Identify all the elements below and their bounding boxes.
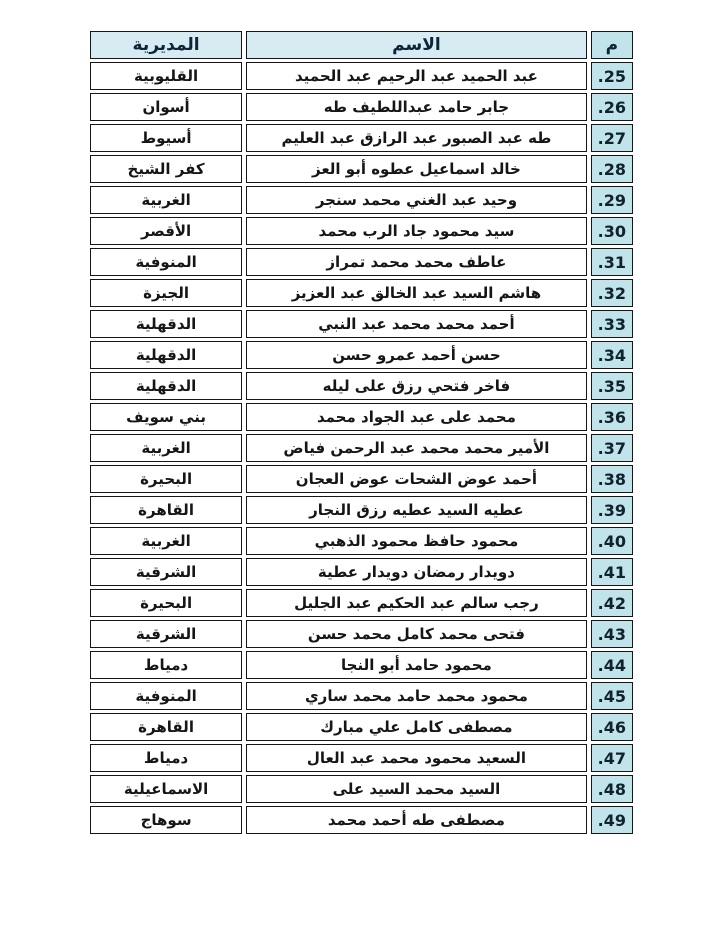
row-name-cell: رجب سالم عبد الحكيم عبد الجليل [246, 589, 587, 617]
row-number-cell: .35 [591, 372, 633, 400]
table-row: .38أحمد عوض الشحات عوض العجانالبحيرة [90, 465, 633, 493]
row-number-cell: .45 [591, 682, 633, 710]
header-directorate: المديرية [90, 31, 242, 59]
table-body: .25عبد الحميد عبد الرحيم عبد الحميدالقلي… [90, 62, 633, 834]
row-directorate-cell: الغربية [90, 527, 242, 555]
row-directorate-cell: الشرقية [90, 620, 242, 648]
row-name-cell: السعيد محمود محمد عبد العال [246, 744, 587, 772]
row-number-cell: .49 [591, 806, 633, 834]
header-name: الاسم [246, 31, 587, 59]
row-name-cell: محمود حافظ محمود الذهبي [246, 527, 587, 555]
row-name-cell: الأمير محمد محمد عبد الرحمن فياض [246, 434, 587, 462]
row-name-cell: خالد اسماعيل عطوه أبو العز [246, 155, 587, 183]
roster-table: م الاسم المديرية .25عبد الحميد عبد الرحي… [86, 28, 637, 837]
row-number-cell: .42 [591, 589, 633, 617]
table-row: .37الأمير محمد محمد عبد الرحمن فياضالغرب… [90, 434, 633, 462]
row-directorate-cell: القليوبية [90, 62, 242, 90]
row-directorate-cell: البحيرة [90, 589, 242, 617]
table-row: .27طه عبد الصبور عبد الرازق عبد العليمأس… [90, 124, 633, 152]
table-row: .35فاخر فتحي رزق على ليلهالدقهلية [90, 372, 633, 400]
row-directorate-cell: القاهرة [90, 713, 242, 741]
row-number-cell: .29 [591, 186, 633, 214]
row-number-cell: .39 [591, 496, 633, 524]
row-directorate-cell: بني سويف [90, 403, 242, 431]
row-name-cell: أحمد محمد محمد عبد النبي [246, 310, 587, 338]
row-name-cell: طه عبد الصبور عبد الرازق عبد العليم [246, 124, 587, 152]
row-directorate-cell: الدقهلية [90, 372, 242, 400]
row-directorate-cell: الغربية [90, 186, 242, 214]
row-directorate-cell: الدقهلية [90, 341, 242, 369]
row-name-cell: هاشم السيد عبد الخالق عبد العزيز [246, 279, 587, 307]
row-directorate-cell: سوهاج [90, 806, 242, 834]
table-row: .39عطيه السيد عطيه رزق النجارالقاهرة [90, 496, 633, 524]
row-directorate-cell: الأقصر [90, 217, 242, 245]
row-number-cell: .40 [591, 527, 633, 555]
table-row: .43فتحى محمد كامل محمد حسنالشرقية [90, 620, 633, 648]
row-name-cell: جابر حامد عبداللطيف طه [246, 93, 587, 121]
row-name-cell: فاخر فتحي رزق على ليله [246, 372, 587, 400]
row-name-cell: سيد محمود جاد الرب محمد [246, 217, 587, 245]
row-number-cell: .38 [591, 465, 633, 493]
row-directorate-cell: المنوفية [90, 248, 242, 276]
row-directorate-cell: البحيرة [90, 465, 242, 493]
table-row: .33أحمد محمد محمد عبد النبيالدقهلية [90, 310, 633, 338]
row-directorate-cell: القاهرة [90, 496, 242, 524]
row-name-cell: فتحى محمد كامل محمد حسن [246, 620, 587, 648]
row-number-cell: .43 [591, 620, 633, 648]
row-name-cell: مصطفى كامل علي مبارك [246, 713, 587, 741]
row-number-cell: .27 [591, 124, 633, 152]
table-row: .44محمود حامد أبو النجادمياط [90, 651, 633, 679]
row-name-cell: محمود محمد حامد محمد ساري [246, 682, 587, 710]
row-directorate-cell: الدقهلية [90, 310, 242, 338]
row-directorate-cell: أسيوط [90, 124, 242, 152]
row-name-cell: عبد الحميد عبد الرحيم عبد الحميد [246, 62, 587, 90]
row-number-cell: .47 [591, 744, 633, 772]
row-name-cell: عاطف محمد محمد تمراز [246, 248, 587, 276]
row-number-cell: .46 [591, 713, 633, 741]
table-row: .34حسن أحمد عمرو حسنالدقهلية [90, 341, 633, 369]
row-name-cell: عطيه السيد عطيه رزق النجار [246, 496, 587, 524]
row-number-cell: .36 [591, 403, 633, 431]
row-name-cell: وحيد عبد الغني محمد سنجر [246, 186, 587, 214]
row-directorate-cell: كفر الشيخ [90, 155, 242, 183]
row-number-cell: .37 [591, 434, 633, 462]
row-directorate-cell: دمياط [90, 651, 242, 679]
table-row: .36محمد على عبد الجواد محمدبني سويف [90, 403, 633, 431]
row-directorate-cell: الغربية [90, 434, 242, 462]
table-row: .32هاشم السيد عبد الخالق عبد العزيزالجيز… [90, 279, 633, 307]
row-directorate-cell: الاسماعيلية [90, 775, 242, 803]
row-directorate-cell: الشرقية [90, 558, 242, 586]
table-row: .31عاطف محمد محمد تمرازالمنوفية [90, 248, 633, 276]
row-directorate-cell: أسوان [90, 93, 242, 121]
table-row: .41دويدار رمضان دويدار عطيةالشرقية [90, 558, 633, 586]
row-number-cell: .34 [591, 341, 633, 369]
row-name-cell: مصطفى طه أحمد محمد [246, 806, 587, 834]
row-name-cell: محمد على عبد الجواد محمد [246, 403, 587, 431]
header-row: م الاسم المديرية [90, 31, 633, 59]
row-name-cell: محمود حامد أبو النجا [246, 651, 587, 679]
row-directorate-cell: الجيزة [90, 279, 242, 307]
table-row: .29وحيد عبد الغني محمد سنجرالغربية [90, 186, 633, 214]
table-row: .28خالد اسماعيل عطوه أبو العزكفر الشيخ [90, 155, 633, 183]
table-row: .26جابر حامد عبداللطيف طهأسوان [90, 93, 633, 121]
row-number-cell: .25 [591, 62, 633, 90]
row-number-cell: .26 [591, 93, 633, 121]
row-number-cell: .32 [591, 279, 633, 307]
row-directorate-cell: المنوفية [90, 682, 242, 710]
table-row: .48السيد محمد السيد علىالاسماعيلية [90, 775, 633, 803]
table-row: .25عبد الحميد عبد الرحيم عبد الحميدالقلي… [90, 62, 633, 90]
row-name-cell: دويدار رمضان دويدار عطية [246, 558, 587, 586]
row-number-cell: .48 [591, 775, 633, 803]
row-name-cell: السيد محمد السيد على [246, 775, 587, 803]
row-number-cell: .31 [591, 248, 633, 276]
row-directorate-cell: دمياط [90, 744, 242, 772]
table-row: .46مصطفى كامل علي مباركالقاهرة [90, 713, 633, 741]
row-number-cell: .33 [591, 310, 633, 338]
table-row: .49مصطفى طه أحمد محمدسوهاج [90, 806, 633, 834]
row-name-cell: حسن أحمد عمرو حسن [246, 341, 587, 369]
table-row: .47السعيد محمود محمد عبد العالدمياط [90, 744, 633, 772]
table-header: م الاسم المديرية [90, 31, 633, 59]
table-row: .40محمود حافظ محمود الذهبيالغربية [90, 527, 633, 555]
row-number-cell: .41 [591, 558, 633, 586]
document-page: م الاسم المديرية .25عبد الحميد عبد الرحي… [0, 0, 720, 932]
row-number-cell: .44 [591, 651, 633, 679]
row-number-cell: .28 [591, 155, 633, 183]
table-row: .30سيد محمود جاد الرب محمدالأقصر [90, 217, 633, 245]
row-number-cell: .30 [591, 217, 633, 245]
table-row: .42رجب سالم عبد الحكيم عبد الجليلالبحيرة [90, 589, 633, 617]
header-number: م [591, 31, 633, 59]
row-name-cell: أحمد عوض الشحات عوض العجان [246, 465, 587, 493]
table-row: .45محمود محمد حامد محمد ساريالمنوفية [90, 682, 633, 710]
